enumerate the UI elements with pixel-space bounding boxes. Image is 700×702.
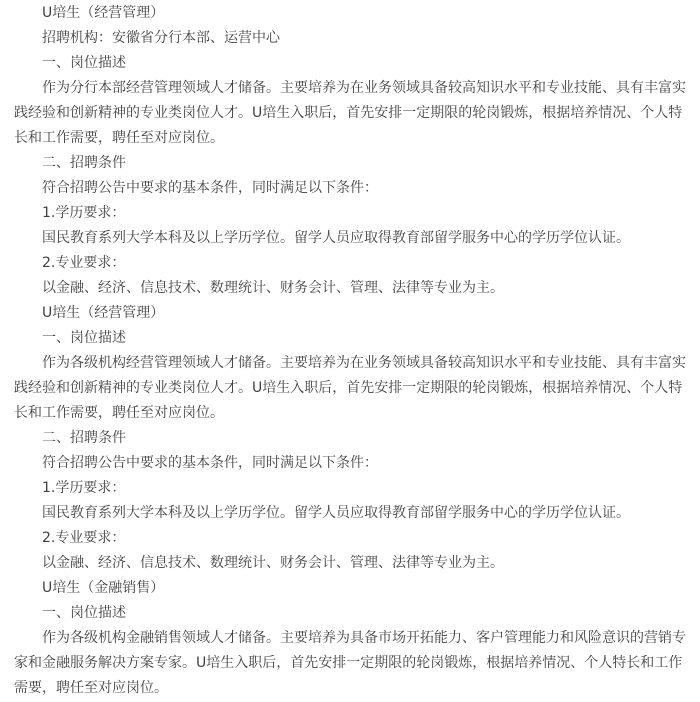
education-requirement-label-1: 1.学历要求：: [14, 201, 693, 226]
major-requirement-label-2: 2.专业要求：: [14, 526, 693, 551]
job-title-management-trainee-2: U培生（经营管理）: [14, 301, 693, 326]
heading-position-description-1: 一、岗位描述: [14, 51, 693, 76]
major-requirement-text-2: 以金融、经济、信息技术、数理统计、财务会计、管理、法律等专业为主。: [14, 551, 693, 576]
major-requirement-text-1: 以金融、经济、信息技术、数理统计、财务会计、管理、法律等专业为主。: [14, 276, 693, 301]
position-description-text-2: 作为各级机构经营管理领域人才储备。主要培养为在业务领域具备较高知识水平和专业技能…: [14, 351, 693, 426]
heading-recruitment-conditions-1: 二、招聘条件: [14, 151, 693, 176]
basic-conditions-text-1: 符合招聘公告中要求的基本条件，同时满足以下条件：: [14, 176, 693, 201]
basic-conditions-text-2: 符合招聘公告中要求的基本条件，同时满足以下条件：: [14, 451, 693, 476]
position-description-text-3: 作为各级机构金融销售领域人才储备。主要培养为具备市场开拓能力、客户管理能力和风险…: [14, 626, 693, 701]
education-requirement-text-2: 国民教育系列大学本科及以上学历学位。留学人员应取得教育部留学服务中心的学历学位认…: [14, 501, 693, 526]
major-requirement-label-1: 2.专业要求：: [14, 251, 693, 276]
recruitment-document: U培生（经营管理） 招聘机构：安徽省分行本部、运营中心 一、岗位描述 作为分行本…: [0, 0, 700, 701]
recruiting-organization: 招聘机构：安徽省分行本部、运营中心: [14, 26, 693, 51]
heading-position-description-2: 一、岗位描述: [14, 326, 693, 351]
position-description-text-1: 作为分行本部经营管理领域人才储备。主要培养为在业务领域具备较高知识水平和专业技能…: [14, 76, 693, 151]
job-title-financial-sales-trainee: U培生（金融销售）: [14, 576, 693, 601]
job-title-management-trainee-1: U培生（经营管理）: [14, 1, 693, 26]
education-requirement-text-1: 国民教育系列大学本科及以上学历学位。留学人员应取得教育部留学服务中心的学历学位认…: [14, 226, 693, 251]
education-requirement-label-2: 1.学历要求：: [14, 476, 693, 501]
heading-recruitment-conditions-2: 二、招聘条件: [14, 426, 693, 451]
heading-position-description-3: 一、岗位描述: [14, 601, 693, 626]
